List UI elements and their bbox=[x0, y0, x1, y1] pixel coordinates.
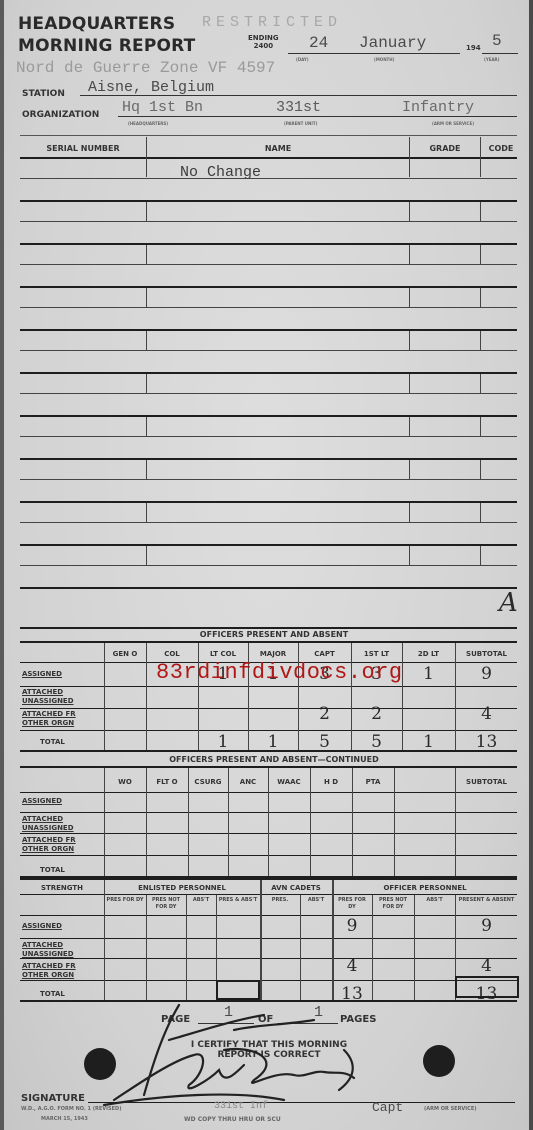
strength-cell: 4 bbox=[455, 956, 518, 976]
roster-col-divider bbox=[409, 288, 410, 307]
roster-col-divider bbox=[146, 202, 147, 221]
officers-continued-row-label: ATTACHED FR OTHER ORGN bbox=[22, 836, 104, 854]
roster-header-rule bbox=[20, 157, 517, 159]
officers-cell: 1 bbox=[402, 732, 455, 752]
officers-col-header: LT COL bbox=[198, 650, 248, 658]
roster-col-divider bbox=[146, 137, 147, 177]
roster-col-divider bbox=[146, 417, 147, 436]
roster-thin-rule bbox=[20, 436, 517, 437]
roster-col-divider bbox=[480, 331, 481, 350]
officers-continued-row-label: ATTACHED UNASSIGNED bbox=[22, 815, 104, 833]
roster-col-divider bbox=[146, 374, 147, 393]
roster-thick-rule bbox=[20, 329, 517, 331]
strength-row-rule bbox=[20, 938, 517, 939]
officers-title-rule bbox=[20, 641, 517, 643]
caption-arm: (ARM OR SERVICE) bbox=[432, 121, 474, 126]
officers-cell: 13 bbox=[455, 732, 518, 752]
officers-row-label: ASSIGNED bbox=[22, 670, 104, 679]
roster-thick-rule bbox=[20, 544, 517, 546]
strength-top-rule bbox=[20, 878, 517, 880]
officers-col-header: GEN O bbox=[104, 650, 146, 658]
officers-col-header: CAPT bbox=[298, 650, 351, 658]
roster-thin-rule bbox=[20, 479, 517, 480]
strength-row-rule bbox=[20, 980, 517, 981]
ending-text: ENDING bbox=[248, 34, 279, 42]
roster-col-divider bbox=[480, 417, 481, 436]
roster-thick-rule bbox=[20, 415, 517, 417]
roster-thin-rule bbox=[20, 565, 517, 566]
year-prefix: 194 bbox=[466, 44, 481, 52]
roster-col-divider bbox=[146, 288, 147, 307]
officers-continued-col-header: CSURG bbox=[188, 778, 228, 786]
officers-col-header: 1ST LT bbox=[351, 650, 402, 658]
strength-col-divider bbox=[186, 895, 187, 1000]
roster-thick-rule bbox=[20, 200, 517, 202]
roster-col-divider bbox=[480, 288, 481, 307]
roster-thin-rule bbox=[20, 350, 517, 351]
organization-label: ORGANIZATION bbox=[22, 110, 99, 120]
roster-col-divider bbox=[146, 460, 147, 479]
strength-cell: 4 bbox=[332, 956, 372, 976]
group-officer-personnel: OFFICER PERSONNEL bbox=[332, 884, 518, 892]
roster-thick-rule bbox=[20, 372, 517, 374]
roster-thin-rule bbox=[20, 221, 517, 222]
officers-continued-col-header: FLT O bbox=[146, 778, 188, 786]
officers-cell: 2 bbox=[351, 704, 402, 724]
enlisted-total-box bbox=[216, 980, 260, 1000]
roster-thick-rule bbox=[20, 587, 517, 589]
officers-cell: 1 bbox=[198, 732, 248, 752]
signature-label: SIGNATURE bbox=[21, 1093, 85, 1104]
month-caption: (MONTH) bbox=[374, 57, 394, 62]
strength-row-label: ATTACHED FR OTHER ORGN bbox=[22, 962, 104, 980]
strength-subcol-header: PRES & ABS'T bbox=[216, 897, 260, 904]
strength-label: STRENGTH bbox=[20, 884, 104, 892]
officers-continued-row-label: TOTAL bbox=[40, 866, 122, 875]
strength-subcol-header: PRESENT & ABSENT bbox=[455, 897, 518, 904]
report-year: 5 bbox=[492, 32, 502, 50]
morning-report-document: HEADQUARTERS RESTRICTED MORNING REPORT E… bbox=[0, 0, 533, 1130]
day-caption: (DAY) bbox=[296, 57, 309, 62]
station-value: Aisne, Belgium bbox=[88, 79, 214, 96]
strength-cell: 9 bbox=[332, 916, 372, 936]
roster-col-divider bbox=[409, 417, 410, 436]
copy-instruction: WD COPY THRU HRU OR SCU bbox=[184, 1116, 281, 1123]
roster-col-divider bbox=[146, 546, 147, 565]
officers-continued-col-header: ANC bbox=[228, 778, 268, 786]
caption-hq: (HEADQUARTERS) bbox=[128, 121, 168, 126]
classification-stamp: RESTRICTED bbox=[202, 14, 342, 31]
officers-row-rule bbox=[20, 686, 517, 687]
strength-subcol-header: ABS'T bbox=[186, 897, 216, 904]
roster-col-divider bbox=[480, 503, 481, 522]
title-headquarters: HEADQUARTERS bbox=[18, 14, 175, 34]
officers-cell: 1 bbox=[402, 664, 455, 684]
officers-continued-col-divider bbox=[394, 768, 395, 876]
roster-col-divider bbox=[480, 374, 481, 393]
strength-cell: 9 bbox=[455, 916, 518, 936]
officers-col-header: MAJOR bbox=[248, 650, 298, 658]
roster-thick-rule bbox=[20, 501, 517, 503]
unit-stamp: 331st Inf bbox=[214, 1101, 268, 1112]
officers-col-divider bbox=[146, 643, 147, 750]
strength-subcol-header: PRES NOT FOR DY bbox=[146, 897, 186, 911]
strength-subcol-header: PRES FOR DY bbox=[332, 897, 372, 911]
roster-thin-rule bbox=[20, 264, 517, 265]
officers-continued-title: OFFICERS PRESENT AND ABSENT—CONTINUED bbox=[104, 755, 444, 764]
roster-corner-mark: A bbox=[499, 588, 518, 618]
col-name: NAME bbox=[147, 144, 409, 153]
officers-col-divider bbox=[104, 643, 105, 750]
roster-bottom-rule bbox=[20, 627, 517, 629]
officers-cell: 1 bbox=[248, 732, 298, 752]
strength-subcol-header: PRES NOT FOR DY bbox=[372, 897, 414, 911]
officers-title: OFFICERS PRESENT AND ABSENT bbox=[104, 630, 444, 639]
roster-col-divider bbox=[146, 245, 147, 264]
group-avn-cadets: AVN CADETS bbox=[260, 884, 332, 892]
ending-time: 2400 bbox=[248, 42, 279, 50]
officers-row-label: ATTACHED FR OTHER ORGN bbox=[22, 710, 104, 728]
officers-row-label: ATTACHED UNASSIGNED bbox=[22, 688, 104, 706]
officers-row-rule bbox=[20, 708, 517, 709]
report-month: January bbox=[359, 34, 426, 52]
strength-row-label: TOTAL bbox=[40, 990, 122, 999]
strength-subcol-header: PRES FOR DY bbox=[104, 897, 146, 904]
organization-arm: Infantry bbox=[402, 99, 474, 116]
roster-col-divider bbox=[409, 503, 410, 522]
officers-continued-col-header: WAAC bbox=[268, 778, 310, 786]
officers-continued-col-header: WO bbox=[104, 778, 146, 786]
signature-line bbox=[88, 1102, 515, 1103]
strength-subheader-rule bbox=[20, 915, 517, 916]
officers-col-header: SUBTOTAL bbox=[455, 650, 518, 658]
strength-subcol-header: ABS'T bbox=[414, 897, 455, 904]
roster-col-divider bbox=[409, 245, 410, 264]
strength-bottom-rule bbox=[20, 1000, 517, 1002]
roster-thin-rule bbox=[20, 178, 517, 179]
strength-col-divider bbox=[300, 895, 301, 1000]
organization-hq: Hq 1st Bn bbox=[122, 99, 203, 116]
officers-cell: 5 bbox=[351, 732, 402, 752]
strength-row-label: ATTACHED UNASSIGNED bbox=[22, 941, 104, 959]
roster-col-divider bbox=[146, 503, 147, 522]
punch-hole-right bbox=[423, 1045, 455, 1077]
officers-row-label: TOTAL bbox=[40, 738, 122, 747]
caption-parent: (PARENT UNIT) bbox=[284, 121, 317, 126]
officers-cell: 2 bbox=[298, 704, 351, 724]
roster-col-divider bbox=[409, 331, 410, 350]
strength-group-rule bbox=[20, 894, 517, 895]
officers-col-header: 2D LT bbox=[402, 650, 455, 658]
officers-cell: 4 bbox=[455, 704, 518, 724]
roster-thick-rule bbox=[20, 286, 517, 288]
ending-label: ENDING 2400 bbox=[248, 34, 279, 50]
roster-col-divider bbox=[409, 374, 410, 393]
roster-col-divider bbox=[480, 245, 481, 264]
roster-thin-rule bbox=[20, 307, 517, 308]
title-morning-report: MORNING REPORT bbox=[18, 36, 195, 56]
roster-col-divider bbox=[409, 546, 410, 565]
officers-continued-col-header: H D bbox=[310, 778, 352, 786]
col-code: CODE bbox=[481, 144, 521, 153]
roster-thick-rule bbox=[20, 458, 517, 460]
roster-col-divider bbox=[146, 331, 147, 350]
roster-col-divider bbox=[409, 137, 410, 177]
roster-top-rule bbox=[20, 135, 517, 136]
strength-subcol-header: PRES. bbox=[260, 897, 300, 904]
officers-col-header: COL bbox=[146, 650, 198, 658]
roster-col-divider bbox=[409, 460, 410, 479]
report-day: 24 bbox=[309, 34, 328, 52]
handwritten-signature-icon bbox=[84, 1000, 384, 1110]
officers-continued-row-label: ASSIGNED bbox=[22, 797, 104, 806]
officer-total-box bbox=[455, 976, 519, 998]
col-grade: GRADE bbox=[410, 144, 480, 153]
roster-thick-rule bbox=[20, 243, 517, 245]
strength-cell: 13 bbox=[332, 984, 372, 1004]
form-date: MARCH 15, 1943 bbox=[41, 1116, 88, 1122]
officers-continued-col-header: SUBTOTAL bbox=[455, 778, 518, 786]
roster-col-divider bbox=[409, 202, 410, 221]
station-label: STATION bbox=[22, 89, 65, 99]
roster-col-divider bbox=[480, 460, 481, 479]
roster-col-divider bbox=[480, 137, 481, 177]
officers-cell: 5 bbox=[298, 732, 351, 752]
signer-grade: Capt bbox=[372, 1100, 403, 1115]
officers-continued-col-header: PTA bbox=[352, 778, 394, 786]
roster-thin-rule bbox=[20, 522, 517, 523]
officers-row-rule bbox=[20, 730, 517, 731]
strength-col-divider bbox=[414, 895, 415, 1000]
strength-row-label: ASSIGNED bbox=[22, 922, 104, 931]
location-line: Nord de Guerre Zone VF 4597 bbox=[16, 59, 275, 77]
strength-subcol-header: ABS'T bbox=[300, 897, 332, 904]
officers-cell: 9 bbox=[455, 664, 518, 684]
organization-parent: 331st bbox=[276, 99, 321, 116]
roster-thin-rule bbox=[20, 393, 517, 394]
year-caption: (YEAR) bbox=[484, 57, 499, 62]
grade-caption: (ARM OR SERVICE) bbox=[424, 1106, 477, 1112]
watermark: 83rdinfdivdocs.org bbox=[156, 660, 403, 685]
roster-col-divider bbox=[480, 202, 481, 221]
group-enlisted-personnel: ENLISTED PERSONNEL bbox=[104, 884, 260, 892]
roster-col-divider bbox=[480, 546, 481, 565]
col-serial-number: SERIAL NUMBER bbox=[20, 144, 146, 153]
form-id: W.D., A.G.O. FORM NO. 1 (REVISED) bbox=[21, 1106, 122, 1112]
